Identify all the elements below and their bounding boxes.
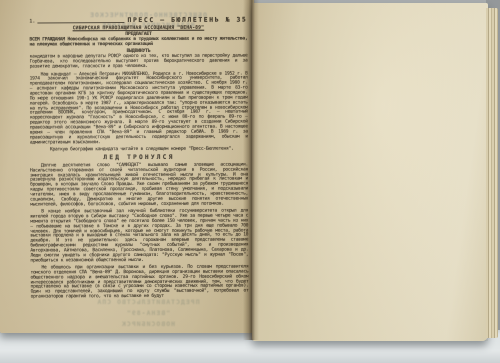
bulletin-page-1: ОБЩЕСТВЕННО-ПОЛИТИЧЕСКОЕ НЕЗАВИСИМОЕ ИЗД…	[0, 0, 254, 333]
biography-note: Краткую биографию кандидата читайте в сл…	[30, 147, 248, 153]
page-gutter-shadow	[243, 0, 259, 340]
page-1-text-column: 1. ПРЕСС – БЮЛЛЕТЕНЬ № 35 СИБИРСКАЯ ПРАВ…	[29, 16, 248, 307]
appeal-line: ВСЕМ ГРАЖДАНАМ Новосибирска на собраниях…	[29, 38, 247, 49]
page-number: 1.	[29, 18, 35, 24]
page-stack-edges	[486, 8, 498, 338]
bulletin-masthead: ПРЕСС – БЮЛЛЕТЕНЬ № 35	[128, 16, 248, 25]
candidate-biography: Наш кандидат – Алексей Петрович МИХАЙЛЕН…	[30, 72, 248, 146]
stamp-line: НОВОСИБИРСК	[88, 319, 208, 330]
scanned-bulletin-photo: ОБЩЕСТВЕННО-ПОЛИТИЧЕСКОЕ НЕЗАВИСИМОЕ ИЗД…	[0, 0, 500, 363]
section-heading: ЛЕД ТРОНУЛСЯ	[30, 155, 248, 163]
organization-line: СИБИРСКАЯ ПРАВОЗАЩИТНАЯ АССОЦИАЦИЯ "ВЕНА…	[29, 25, 247, 31]
exhibition-paragraph: Не обошлось при организации выставки и б…	[30, 266, 248, 301]
exhibition-paragraph: Долгие десятилетия слово "САМИЗДАТ" вызы…	[30, 163, 248, 208]
exhibition-paragraph: В конце ноября выставочный зал научной б…	[30, 210, 248, 264]
page-1-header: 1. ПРЕСС – БЮЛЛЕТЕНЬ № 35	[29, 16, 247, 25]
bulletin-page-2: 2 ПРЕСС – БЮЛЛЕТЕНЬ № 35 присутствовать …	[252, 3, 488, 341]
header-rule	[37, 21, 124, 23]
appeal-text: кандидатом в народные депутаты РСФСР одн…	[30, 55, 248, 71]
